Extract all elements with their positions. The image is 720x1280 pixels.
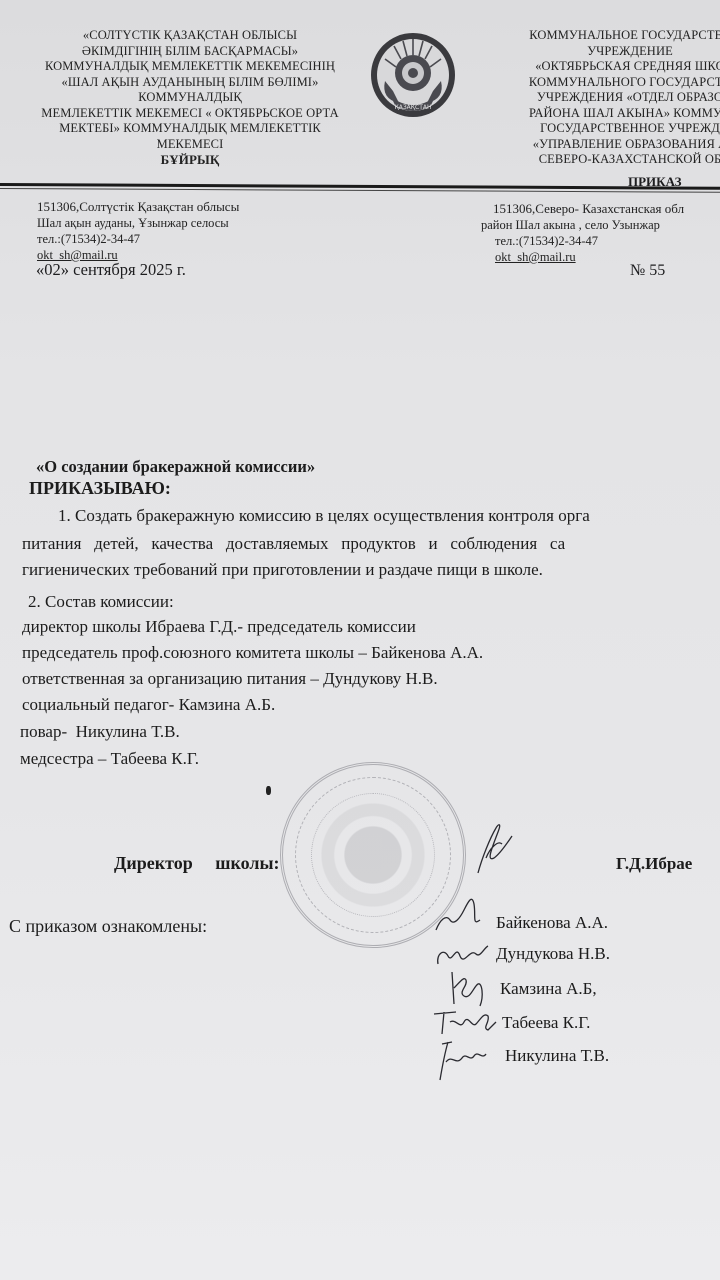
header-left-line: КОММУНАЛДЫҚ МЕМЛЕКЕТТІК МЕКЕМЕСІНІҢ [20, 59, 360, 75]
header-left-line: МЕКЕМЕСІ [20, 137, 360, 153]
header-right-line: КОММУНАЛЬНОГО ГОСУДАРСТВ [480, 75, 720, 91]
header-left-line: ӘКІМДІГІНІҢ БІЛІМ БАСҚАРМАСЫ» [20, 44, 360, 60]
item1-line2: питания детей, качества доставляемых про… [22, 533, 565, 554]
member-3: ответственная за организацию питания – Д… [22, 668, 438, 689]
header-left-line: «ШАЛ АҚЫН АУДАНЫНЫҢ БІЛІМ БӨЛІМІ» [20, 75, 360, 91]
order-date: «02» сентября 2025 г. [36, 260, 186, 280]
ack-name-2: Дундукова Н.В. [496, 943, 610, 964]
header-left-line: МЕМЛЕКЕТТІК МЕКЕМЕСІ « ОКТЯБРЬСКОЕ ОРТА [20, 106, 360, 122]
order-word: ПРИКАЗЫВАЮ: [29, 478, 171, 499]
director-word: Директор [114, 853, 193, 873]
address-right-line1: 151306,Северо- Казахстанская обл [493, 201, 684, 217]
header-right-line: «УПРАВЛЕНИЕ ОБРАЗОВАНИЯ А [480, 137, 720, 153]
ack-name-4: Табеева К.Г. [502, 1012, 590, 1033]
header-right-line: УЧРЕЖДЕНИЯ «ОТДЕЛ ОБРАЗО [480, 90, 720, 106]
header-right-russian: КОММУНАЛЬНОЕ ГОСУДАРСТВЕ УЧРЕЖДЕНИЕ «ОКТ… [480, 28, 720, 168]
member-4: социальный педагог- Камзина А.Б. [22, 694, 275, 715]
ack-name-3: Камзина А.Б, [500, 978, 597, 999]
director-signature [468, 818, 518, 883]
order-number: № 55 [630, 262, 665, 280]
header-right-line: СЕВЕРО-КАЗАХСТАНСКОЙ ОБ [480, 152, 720, 168]
header-right-line: «ОКТЯБРЬСКАЯ СРЕДНЯЯ ШКО [480, 59, 720, 75]
header-left-line: КОММУНАЛДЫҚ [20, 90, 360, 106]
order-title: «О создании бракеражной комиссии» [36, 456, 315, 477]
ack-name-1: Байкенова А.А. [496, 912, 608, 933]
address-right-email-link[interactable]: okt_sh@mail.ru [495, 250, 576, 264]
doc-type-kazakh: БҰЙРЫҚ [161, 152, 220, 167]
signature-nikulina [432, 1036, 492, 1091]
header-left-line: МЕКТЕБІ» КОММУНАЛДЫҚ МЕМЛЕКЕТТІК [20, 121, 360, 137]
item1-line3: гигиенических требований при приготовлен… [22, 559, 543, 580]
header-right-line: РАЙОНА ШАЛ АКЫНА» КОММУН [480, 106, 720, 122]
acknowledged-label: С приказом ознакомлены: [9, 916, 207, 937]
header-right-line: КОММУНАЛЬНОЕ ГОСУДАРСТВЕ [480, 28, 720, 44]
director-label: Директор школы: [114, 853, 280, 874]
item2-heading: 2. Состав комиссии: [28, 591, 174, 612]
director-name: Г.Д.Ибрае [616, 853, 692, 874]
header-right-line: ГОСУДАРСТВЕННОЕ УЧРЕЖД [480, 121, 720, 137]
address-left-phone: тел.:(71534)2-34-47 [37, 231, 239, 247]
address-right: 151306,Северо- Казахстанская обл район Ш… [493, 201, 684, 265]
address-left-line2: Шал ақын ауданы, Ұзынжар селосы [37, 215, 239, 231]
member-6: медсестра – Табеева К.Г. [20, 748, 199, 769]
ack-name-5: Никулина Т.В. [505, 1045, 609, 1066]
address-right-line2: район Шал акына , село Узынжар [481, 217, 684, 233]
header-right-line: УЧРЕЖДЕНИЕ [480, 44, 720, 60]
address-left-line1: 151306,Солтүстік Қазақстан облысы [37, 199, 239, 215]
state-emblem-icon: ҚАЗАҚСТАН [369, 29, 457, 121]
school-word: школы: [215, 853, 279, 873]
emblem-text: ҚАЗАҚСТАН [394, 104, 431, 111]
address-left: 151306,Солтүстік Қазақстан облысы Шал ақ… [37, 199, 239, 263]
item1-line1: 1. Создать бракеражную комиссию в целях … [58, 505, 590, 526]
member-5: повар- Никулина Т.В. [20, 721, 180, 742]
ink-mark [266, 786, 271, 795]
header-left-line: «СОЛТҮСТІК ҚАЗАҚСТАН ОБЛЫСЫ [20, 28, 360, 44]
member-1: директор школы Ибраева Г.Д.- председател… [22, 616, 416, 637]
address-right-phone: тел.:(71534)2-34-47 [495, 233, 684, 249]
header-left-kazakh: «СОЛТҮСТІК ҚАЗАҚСТАН ОБЛЫСЫ ӘКІМДІГІНІҢ … [20, 28, 360, 169]
member-2: председатель проф.союзного комитета школ… [22, 642, 483, 663]
